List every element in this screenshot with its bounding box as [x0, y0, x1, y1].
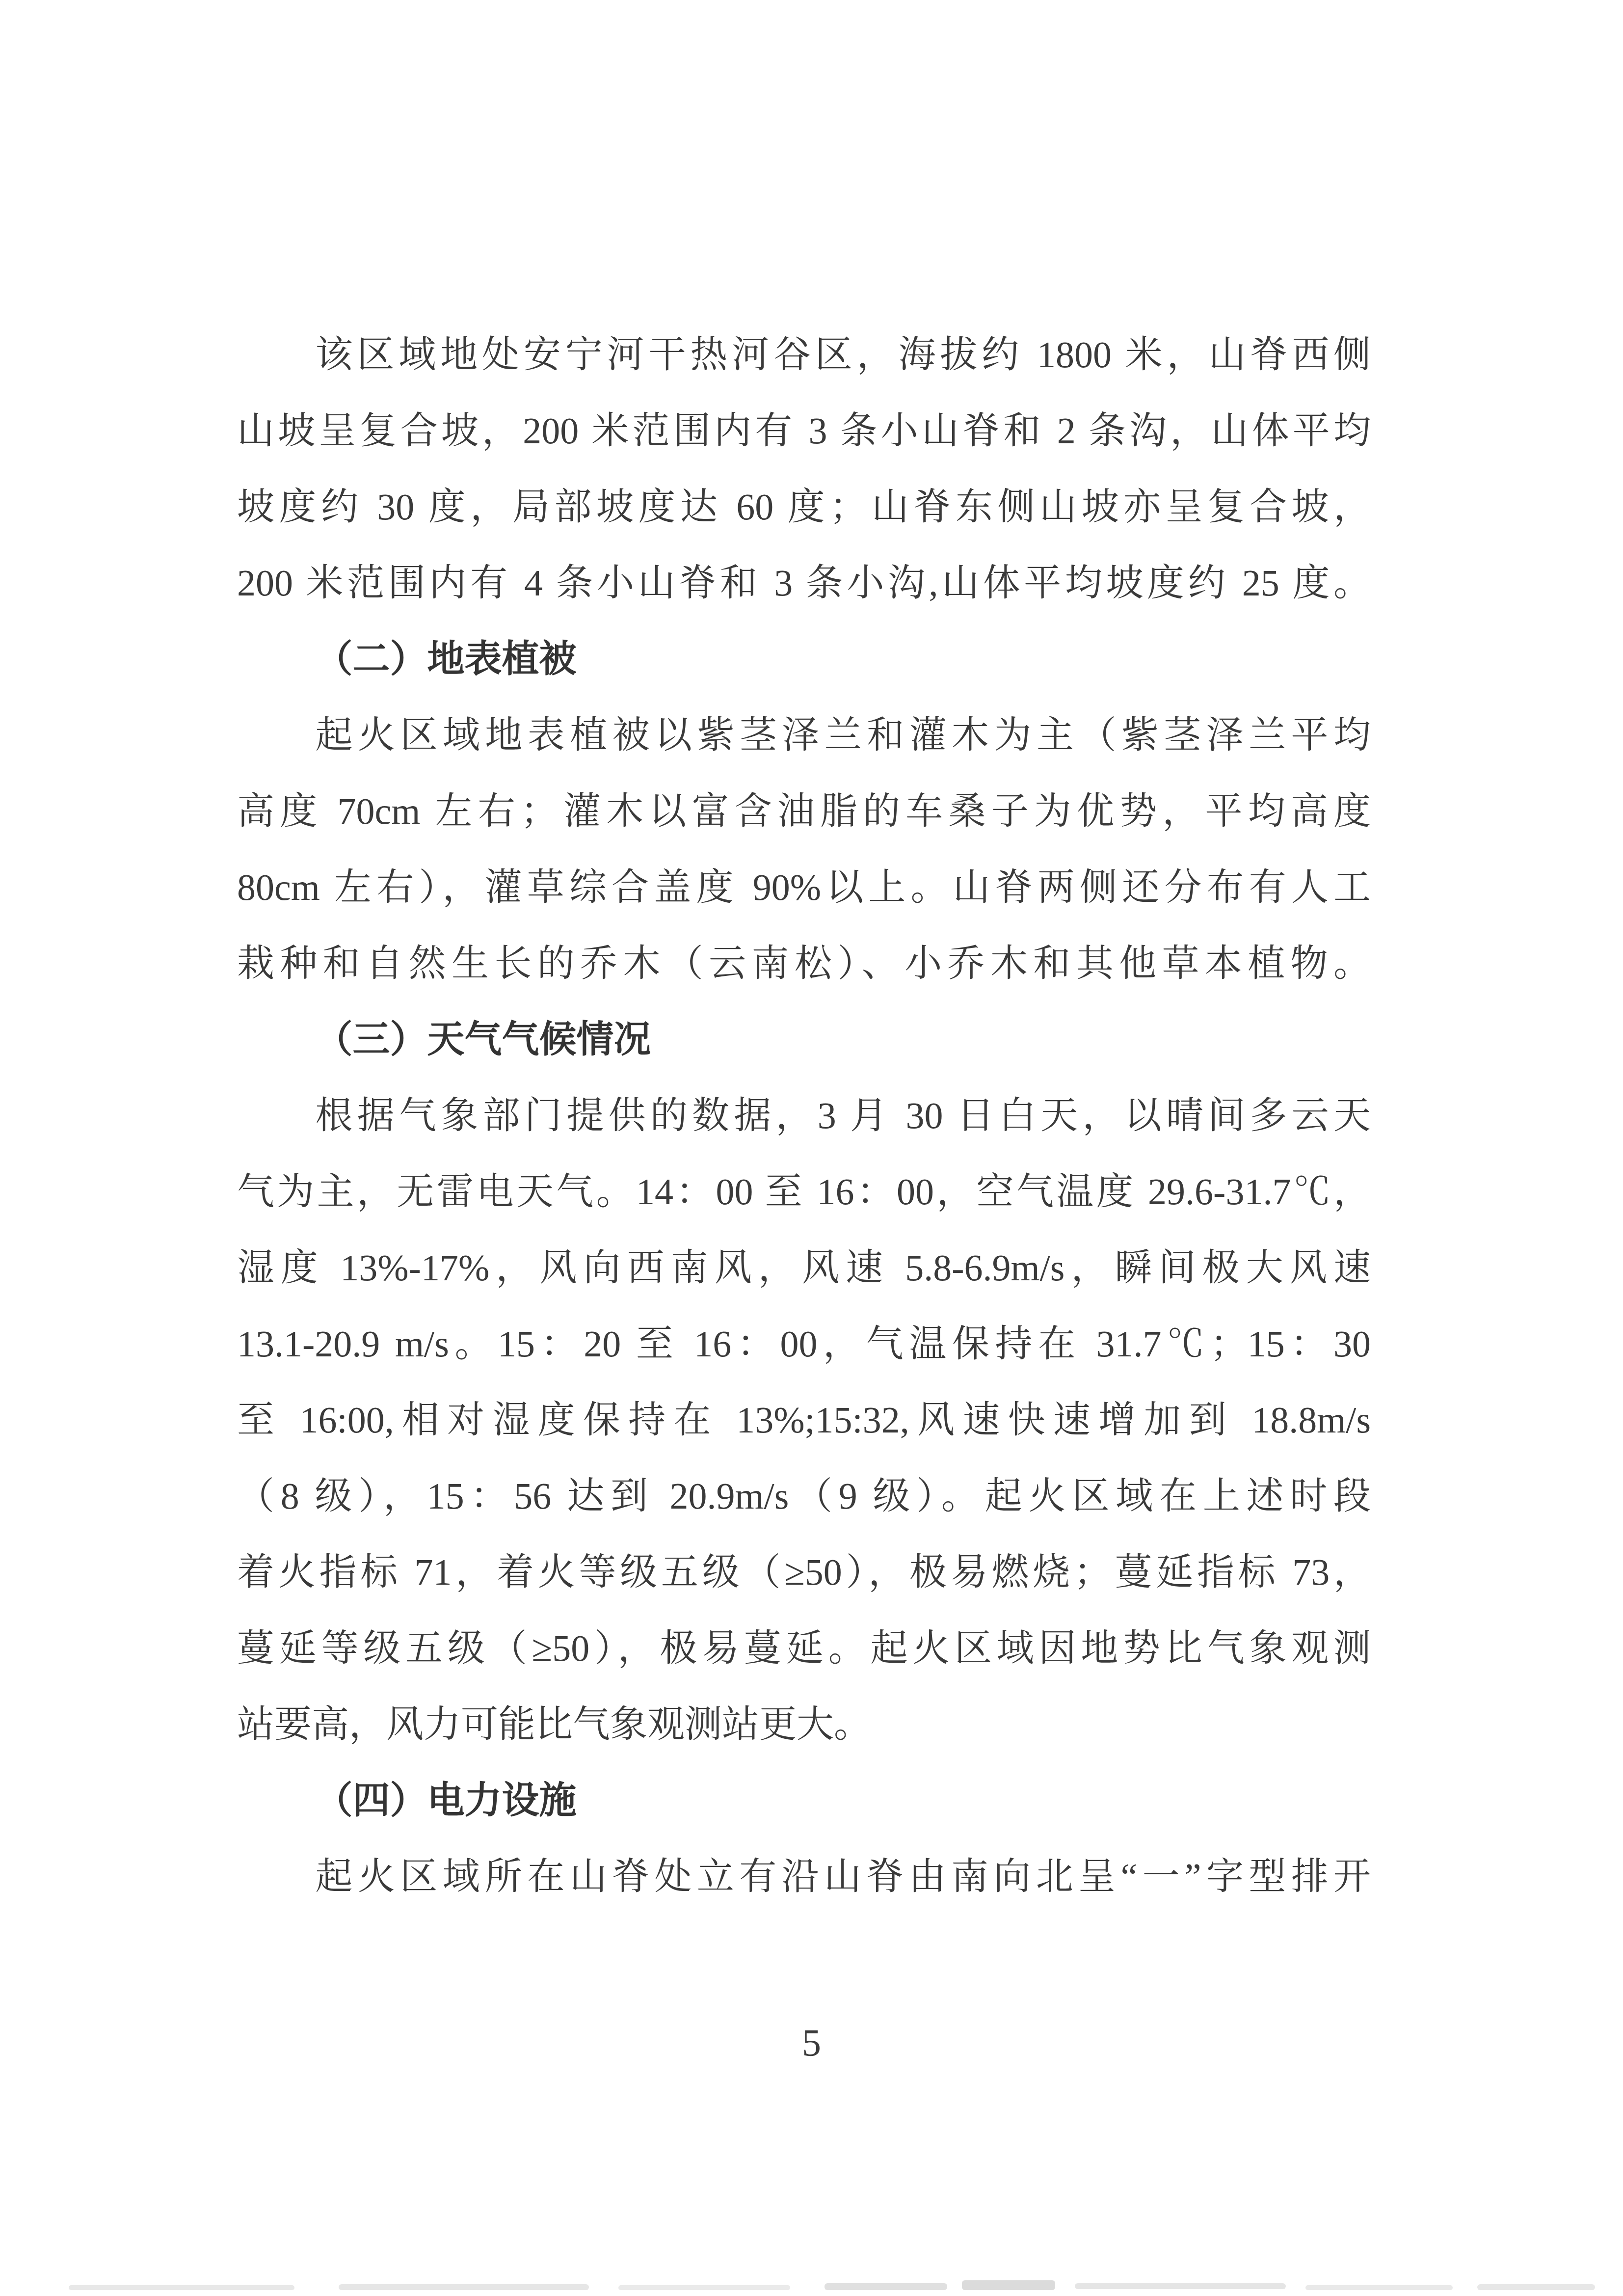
text-line: 起火区域所在山脊处立有沿山脊由南向北呈“一”字型排开 [237, 1839, 1371, 1915]
text-line: （8 级），15：56 达到 20.9m/s（9 级）。起火区域在上述时段 [237, 1459, 1371, 1535]
scan-artifact-band [0, 2267, 1623, 2296]
scan-noise-mark [1305, 2285, 1453, 2290]
text-line: 着火指标 71，着火等级五级（≥50），极易燃烧；蔓延指标 73， [237, 1535, 1371, 1611]
text-line: 湿度 13%-17%，风向西南风，风速 5.8-6.9m/s，瞬间极大风速 [237, 1230, 1371, 1306]
scan-noise-mark [1075, 2283, 1286, 2289]
text-line: 蔓延等级五级（≥50），极易蔓延。起火区域因地势比气象观测 [237, 1611, 1371, 1687]
section-heading: （四）电力设施 [237, 1763, 1371, 1839]
scan-noise-mark [339, 2284, 589, 2290]
text-line: 根据气象部门提供的数据，3 月 30 日白天，以晴间多云天 [237, 1078, 1371, 1154]
text-line: 山坡呈复合坡，200 米范围内有 3 条小山脊和 2 条沟，山体平均 [237, 393, 1371, 469]
text-block: 该区域地处安宁河干热河谷区，海拔约 1800 米，山脊西侧山坡呈复合坡，200 … [237, 317, 1371, 1915]
scan-noise-mark [618, 2285, 790, 2290]
scan-noise-mark [69, 2285, 294, 2290]
text-line: 至 16:00,相对湿度保持在 13%;15:32,风速快速增加到 18.8m/… [237, 1382, 1371, 1459]
text-line: 气为主，无雷电天气。14：00 至 16：00，空气温度 29.6-31.7℃， [237, 1154, 1371, 1230]
scan-noise-mark [1477, 2284, 1595, 2290]
text-line: 80cm 左右），灌草综合盖度 90%以上。山脊两侧还分布有人工 [237, 850, 1371, 926]
section-heading: （三）天气气候情况 [237, 1002, 1371, 1078]
scan-noise-mark [825, 2283, 947, 2290]
scan-noise-mark [962, 2280, 1055, 2290]
page-number: 5 [0, 2004, 1623, 2080]
document-page: 该区域地处安宁河干热河谷区，海拔约 1800 米，山脊西侧山坡呈复合坡，200 … [0, 0, 1623, 2296]
text-line: 该区域地处安宁河干热河谷区，海拔约 1800 米，山脊西侧 [237, 317, 1371, 393]
text-line: 200 米范围内有 4 条小山脊和 3 条小沟,山体平均坡度约 25 度。 [237, 545, 1371, 621]
text-line: 起火区域地表植被以紫茎泽兰和灌木为主（紫茎泽兰平均 [237, 698, 1371, 774]
text-line: 13.1-20.9 m/s。15：20 至 16：00，气温保持在 31.7℃；… [237, 1306, 1371, 1382]
section-heading: （二）地表植被 [237, 621, 1371, 698]
text-line: 坡度约 30 度，局部坡度达 60 度；山脊东侧山坡亦呈复合坡， [237, 469, 1371, 545]
text-line: 站要高，风力可能比气象观测站更大。 [237, 1687, 1371, 1763]
text-line: 高度 70cm 左右；灌木以富含油脂的车桑子为优势，平均高度 [237, 774, 1371, 850]
text-line: 栽种和自然生长的乔木（云南松）、小乔木和其他草本植物。 [237, 926, 1371, 1002]
